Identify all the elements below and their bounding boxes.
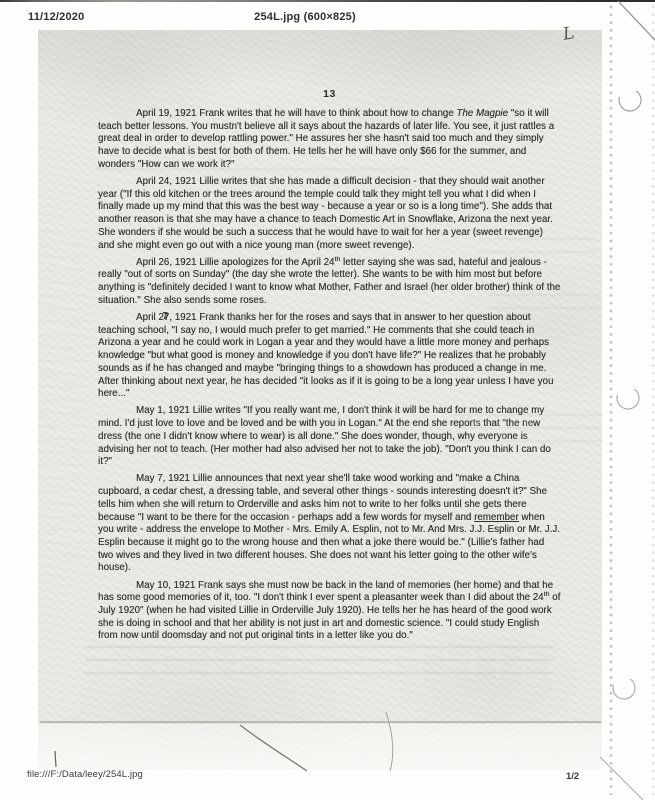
paragraph-text: April 19, 1921 Frank writes that he will… [136,108,456,119]
printed-browser-page: 11/12/2020 254L.jpg (600×825) 13 April 1… [0,0,655,800]
bleedthrough-smudge [40,230,86,560]
bleedthrough-smudge [90,168,410,177]
print-header-title: 254L.jpg (600×825) [0,11,610,23]
handwritten-check-mark: L [561,23,576,45]
paragraph-text: May 10, 1921 Frank says she must now be … [98,580,553,604]
paragraph-apr-19: April 19, 1921 Frank writes that he will… [98,108,561,172]
paragraph-text: April 26, 1921 Lillie apologizes for the… [136,257,334,268]
print-footer-page-indicator: 1/2 [566,771,579,782]
paragraph-may-10: May 10, 1921 Frank says she must now be … [98,580,561,644]
bleedthrough-smudge [478,238,596,256]
print-footer-file-url: file:///F:/Data/leey/254L.jpg [27,769,143,780]
scanned-document-page: 13 April 19, 1921 Frank writes that he w… [38,30,602,770]
paragraph-text: April 2 [136,312,164,323]
bleedthrough-smudge [85,646,553,678]
document-body: April 19, 1921 Frank writes that he will… [98,108,561,648]
scan-top-edge-line [0,0,655,2]
hole-punch-ring [615,85,646,116]
magpie-title-italic: The Magpie [456,108,508,119]
paragraph-text: , 1921 Frank thanks her for the roses an… [98,312,553,399]
paragraph-apr-27: April 27, 1921 Frank thanks her for the … [98,312,561,401]
page-number: 13 [98,88,561,100]
bleedthrough-smudge [488,294,600,314]
hole-punch-ring [613,383,644,414]
paragraph-may-7: May 7, 1921 Lillie announces that next y… [98,473,561,575]
bleedthrough-smudge [453,414,603,448]
page-edge-dots [648,3,655,795]
underlined-word: remember [474,512,519,523]
perforation-strip [606,3,616,795]
